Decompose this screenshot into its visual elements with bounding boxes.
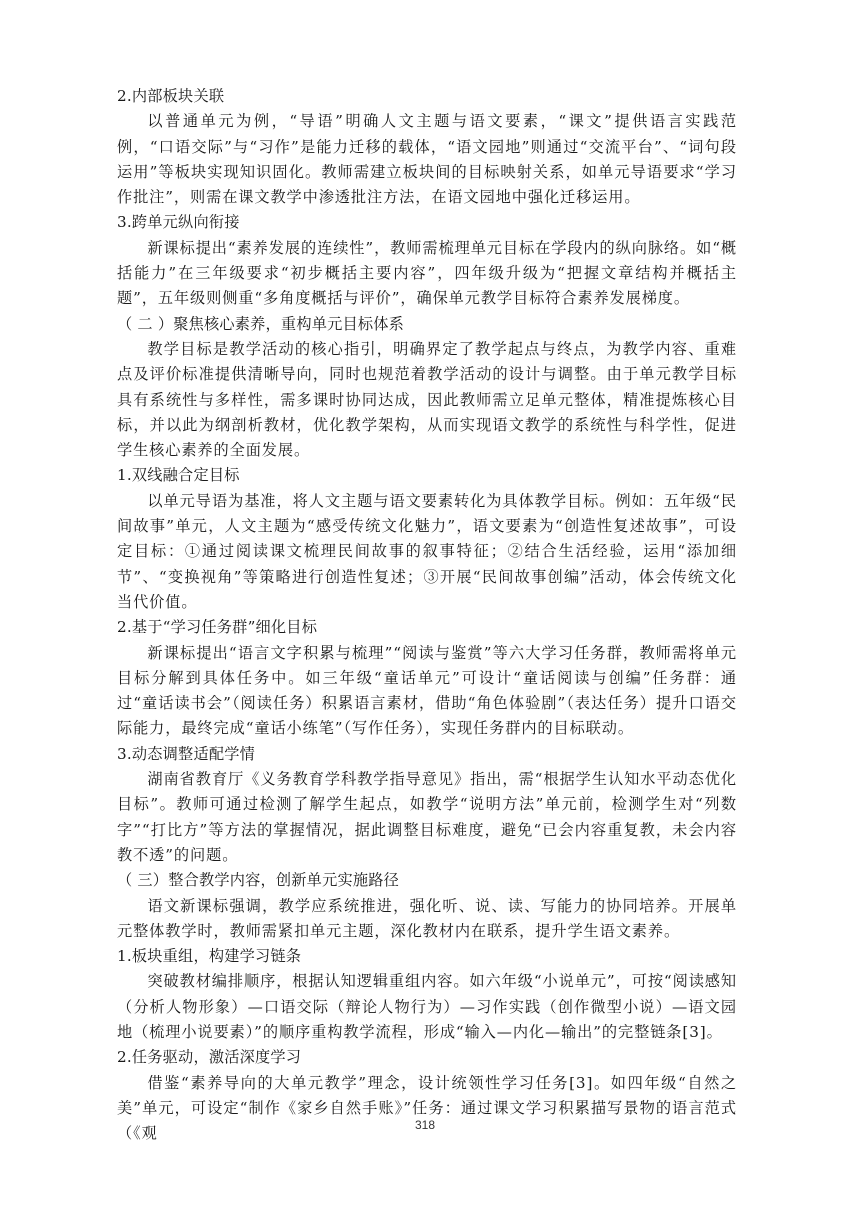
- section-heading: 2.基于“学习任务群”细化目标: [117, 615, 737, 640]
- paragraph: 突破教材编排顺序，根据认知逻辑重组内容。如六年级“小说单元”，可按“阅读感知（分…: [117, 969, 737, 1045]
- paragraph: 以普通单元为例，“导语”明确人文主题与语文要素，“课文”提供语言实践范例，“口语…: [117, 109, 737, 210]
- paragraph: 语文新课标强调，教学应系统推进，强化听、说、读、写能力的协同培养。开展单元整体教…: [117, 894, 737, 945]
- paragraph: 以单元导语为基准，将人文主题与语文要素转化为具体教学目标。例如：五年级“民间故事…: [117, 489, 737, 615]
- document-body: 2.内部板块关联 以普通单元为例，“导语”明确人文主题与语文要素，“课文”提供语…: [117, 84, 737, 1146]
- section-heading: 3.动态调整适配学情: [117, 742, 737, 767]
- section-heading: 1.双线融合定目标: [117, 463, 737, 488]
- section-heading: 3.跨单元纵向衔接: [117, 210, 737, 235]
- section-heading: 2.内部板块关联: [117, 84, 737, 109]
- section-heading: （ 三）整合教学内容，创新单元实施路径: [117, 868, 737, 893]
- paragraph: 新课标提出“语言文字积累与梳理”“阅读与鉴赏”等六大学习任务群，教师需将单元目标…: [117, 641, 737, 742]
- paragraph: 湖南省教育厅《义务教育学科教学指导意见》指出，需“根据学生认知水平动态优化目标”…: [117, 767, 737, 868]
- paragraph: 新课标提出“素养发展的连续性”，教师需梳理单元目标在学段内的纵向脉络。如“概括能…: [117, 236, 737, 312]
- section-heading: （ 二 ）聚焦核心素养，重构单元目标体系: [117, 312, 737, 337]
- paragraph: 借鉴“素养导向的大单元教学”理念，设计统领性学习任务[3]。如四年级“自然之美”…: [117, 1071, 737, 1147]
- section-heading: 2.任务驱动，激活深度学习: [117, 1045, 737, 1070]
- paragraph: 教学目标是教学活动的核心指引，明确界定了教学起点与终点，为教学内容、重难点及评价…: [117, 337, 737, 463]
- page-number: 318: [0, 1118, 850, 1132]
- section-heading: 1.板块重组，构建学习链条: [117, 944, 737, 969]
